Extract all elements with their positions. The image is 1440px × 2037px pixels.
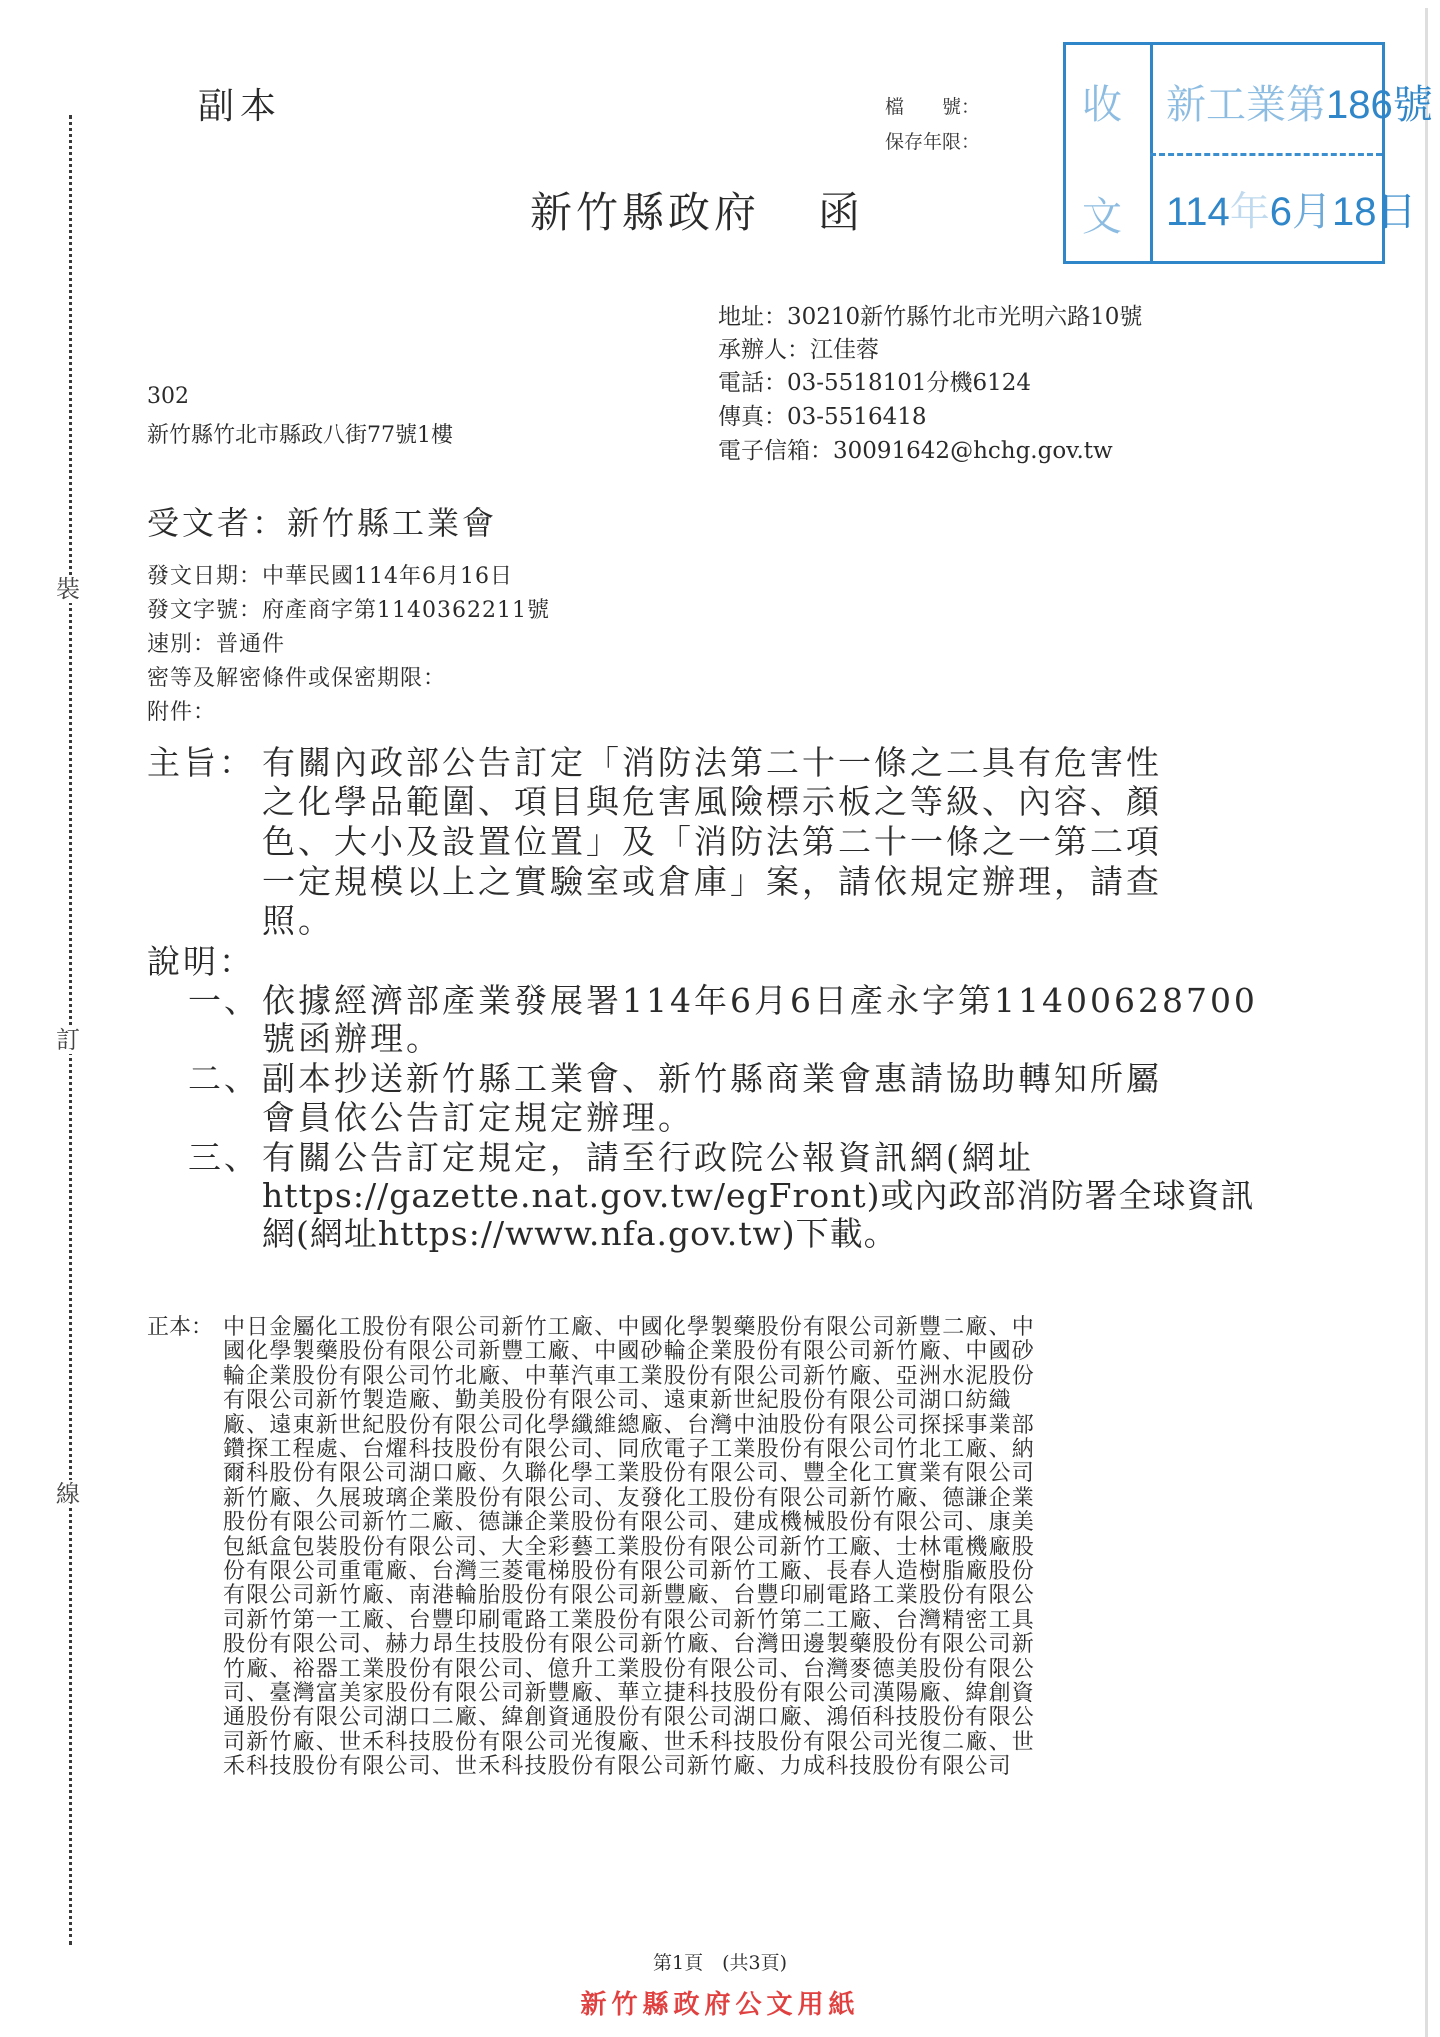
- original-recipient-line: 禾科技股份有限公司、世禾科技股份有限公司新竹廠、力成科技股份有限公司: [223, 1749, 1012, 1780]
- binding-char-xian: 線: [56, 1480, 80, 1508]
- stamp-date-month-suffix: 月: [1292, 189, 1332, 235]
- handler-name: 承辦人：江佳蓉: [718, 335, 879, 365]
- explanation-item-number: 三、: [188, 1132, 260, 1179]
- stamp-date: 114年6月18日: [1166, 180, 1417, 237]
- classification: 密等及解密條件或保密期限：: [147, 661, 446, 692]
- sender-fax: 傳真：03-5516418: [718, 402, 926, 432]
- retention-period-label: 保存年限：: [885, 127, 980, 154]
- stamp-number: 新工業第186號: [1166, 73, 1433, 130]
- binding-char-zhuang: 裝: [56, 575, 80, 603]
- stamp-date-year: 114: [1166, 190, 1230, 234]
- explanation-item-number: 一、: [188, 975, 260, 1022]
- recipient-address: 新竹縣竹北市縣政八街77號1樓: [147, 418, 453, 449]
- sender-phone: 電話：03-5518101分機6124: [718, 368, 1031, 398]
- stamp-date-day: 18: [1332, 190, 1377, 234]
- scan-edge-line: [1425, 8, 1428, 2037]
- stamp-horizontal-divider: [1150, 153, 1382, 156]
- explanation-item-number: 二、: [188, 1053, 260, 1100]
- receipt-stamp: 收 文 新工業第186號 114年6月18日: [1063, 42, 1385, 264]
- subject-line: 一定規模以上之實驗室或倉庫」案，請依規定辦理，請查: [262, 856, 1162, 903]
- stamp-number-suffix: 號: [1393, 82, 1433, 128]
- stamp-label-document: 文: [1082, 185, 1122, 242]
- stamp-date-month: 6: [1270, 190, 1292, 234]
- stamp-number-value: 186: [1326, 83, 1393, 127]
- explanation-item-line: 網(網址https://www.nfa.gov.tw)下載。: [262, 1208, 898, 1255]
- file-number-label: 檔 號：: [885, 92, 980, 119]
- stamp-date-year-suffix: 年: [1230, 189, 1270, 235]
- stamp-label-receive: 收: [1082, 73, 1122, 130]
- title-agency: 新竹縣政府: [530, 188, 760, 237]
- paper-letterhead-title: 新竹縣政府公文用紙: [0, 1984, 1440, 2021]
- subject-label: 主旨：: [147, 737, 255, 784]
- page-title: 新竹縣政府函: [530, 180, 864, 240]
- priority: 速別：普通件: [147, 627, 285, 658]
- sender-address: 地址：30210新竹縣竹北市光明六路10號: [718, 302, 1142, 332]
- stamp-number-prefix: 新工業第: [1166, 82, 1326, 128]
- issue-number: 發文字號：府產商字第1140362211號: [147, 593, 550, 624]
- sender-email: 電子信箱：30091642@hchg.gov.tw: [718, 436, 1113, 466]
- original-recipients-label: 正本：: [147, 1310, 213, 1341]
- binding-char-ding: 訂: [56, 1026, 80, 1054]
- page-number: 第1頁 (共3頁): [0, 1948, 1440, 1975]
- subject-line: 照。: [262, 895, 334, 942]
- attachments: 附件：: [147, 695, 216, 726]
- addressee: 受文者：新竹縣工業會: [147, 498, 497, 544]
- stamp-date-day-suffix: 日: [1377, 189, 1417, 235]
- recipient-postal-code: 302: [147, 384, 189, 409]
- copy-mark: 副本: [198, 78, 282, 129]
- title-doc-type: 函: [818, 188, 864, 237]
- issue-date: 發文日期：中華民國114年6月16日: [147, 559, 513, 590]
